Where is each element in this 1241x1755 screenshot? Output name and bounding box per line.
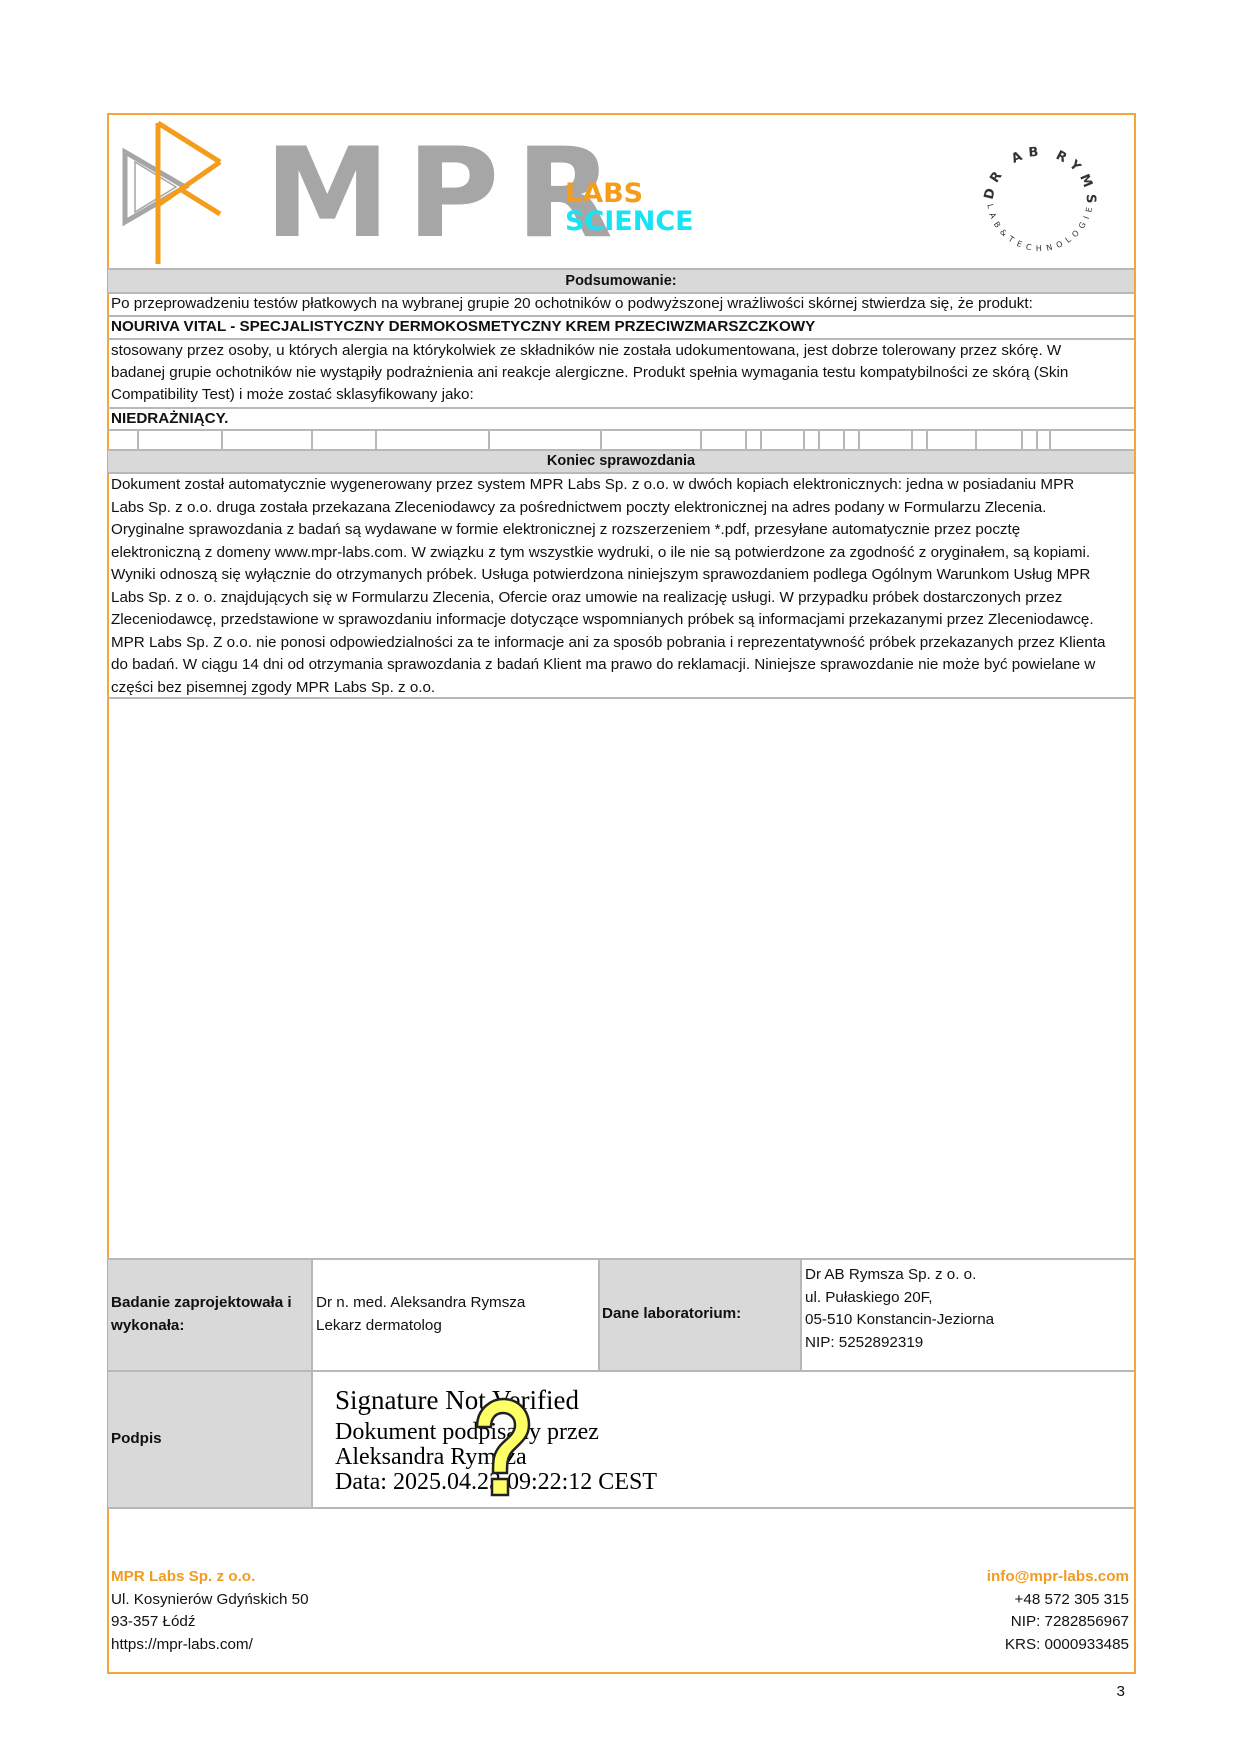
svg-text:LAB&TECHNOLOGIES: LAB&TECHNOLOGIES — [965, 118, 1095, 253]
signature-label: Podpis — [111, 1428, 162, 1451]
summary-header-text: Podsumowanie: — [565, 273, 676, 289]
end-line: Dokument został automatycznie wygenerowa… — [111, 474, 1106, 497]
end-line: Labs Sp. z o.o. druga została przekazana… — [111, 497, 1106, 520]
brand-labs: LABS — [565, 180, 643, 207]
end-line: Oryginalne sprawozdania z badań są wydaw… — [111, 519, 1106, 542]
lab-line: NIP: 5252892319 — [805, 1332, 994, 1355]
lab-line: ul. Pułaskiego 20F, — [805, 1287, 994, 1310]
lab-details: Dr AB Rymsza Sp. z o. o. ul. Pułaskiego … — [805, 1264, 994, 1354]
signature-label-cell: Podpis — [108, 1372, 311, 1507]
lab-line: Dr AB Rymsza Sp. z o. o. — [805, 1264, 994, 1287]
designed-by-label-line-1: Badanie zaprojektowała i — [111, 1292, 292, 1315]
summary-intro: Po przeprowadzeniu testów płatkowych na … — [111, 293, 1033, 316]
designed-by-label-line-2: wykonała: — [111, 1315, 292, 1338]
end-line: Wyniki odnoszą się wyłącznie do otrzyman… — [111, 564, 1106, 587]
footer-right: info@mpr-labs.com +48 572 305 315 NIP: 7… — [987, 1566, 1129, 1656]
designer-info: Dr n. med. Aleksandra Rymsza Lekarz derm… — [316, 1292, 525, 1337]
designer-name: Dr n. med. Aleksandra Rymsza — [316, 1292, 525, 1315]
footer-left: MPR Labs Sp. z o.o. Ul. Kosynierów Gdyńs… — [111, 1566, 309, 1656]
product-name: NOURIVA VITAL - SPECJALISTYCZNY DERMOKOS… — [111, 316, 815, 339]
page-number: 3 — [1117, 1681, 1125, 1704]
footer-address-1: Ul. Kosynierów Gdyńskich 50 — [111, 1589, 309, 1612]
signature-status: Signature Not Verified — [335, 1385, 579, 1415]
footer-company: MPR Labs Sp. z o.o. — [111, 1566, 309, 1589]
question-mark-icon — [465, 1395, 535, 1505]
svg-text:DR AB RYMSZA: DR AB RYMSZA — [965, 118, 1098, 210]
mpr-logo: MPR LABS SCIENCE — [118, 118, 678, 268]
footer-address-2: 93-357 Łódź — [111, 1611, 309, 1634]
summary-body-line-3: Compatibility Test) i może zostać sklasy… — [111, 384, 474, 407]
end-section-body: Dokument został automatycznie wygenerowa… — [111, 474, 1106, 699]
end-line: Zleceniodawcę, przedstawione w sprawozda… — [111, 609, 1106, 632]
end-line: części bez pisemnej zgody MPR Labs Sp. z… — [111, 677, 1106, 700]
end-line: do badań. W ciągu 14 dni od otrzymania s… — [111, 654, 1106, 677]
footer-website[interactable]: https://mpr-labs.com/ — [111, 1634, 309, 1657]
summary-body-line-2: badanej grupie ochotników nie wystąpiły … — [111, 362, 1068, 385]
designer-title: Lekarz dermatolog — [316, 1315, 525, 1338]
designed-by-label: Badanie zaprojektowała i wykonała: — [111, 1292, 292, 1337]
end-line: elektroniczną z domeny www.mpr-labs.com.… — [111, 542, 1106, 565]
brand-science: SCIENCE — [565, 208, 694, 235]
footer-nip: NIP: 7282856967 — [987, 1611, 1129, 1634]
lab-label: Dane laboratorium: — [602, 1303, 741, 1326]
classification-result: NIEDRAŻNIĄCY. — [111, 408, 228, 431]
empty-grid-row — [108, 430, 1134, 449]
lab-line: 05-510 Konstancin-Jeziorna — [805, 1309, 994, 1332]
designed-by-label-cell: Badanie zaprojektowała i wykonała: — [108, 1260, 311, 1370]
summary-body-line-1: stosowany przez osoby, u których alergia… — [111, 340, 1061, 363]
footer-phone: +48 572 305 315 — [987, 1589, 1129, 1612]
footer-krs: KRS: 0000933485 — [987, 1634, 1129, 1657]
dr-ab-rymsza-seal: DR AB RYMSZA LAB&TECHNOLOGIES — [965, 118, 1115, 268]
play-triangles-icon — [118, 118, 258, 268]
seal-icon: DR AB RYMSZA LAB&TECHNOLOGIES — [965, 118, 1115, 268]
digital-signature[interactable]: Signature Not Verified Dokument podpisan… — [335, 1385, 715, 1505]
lab-label-cell: Dane laboratorium: — [600, 1260, 800, 1370]
footer-email[interactable]: info@mpr-labs.com — [987, 1566, 1129, 1589]
end-section-header: Koniec sprawozdania — [108, 451, 1134, 472]
end-line: MPR Labs Sp. Z o.o. nie ponosi odpowiedz… — [111, 632, 1106, 655]
end-section-header-text: Koniec sprawozdania — [547, 453, 695, 469]
summary-header: Podsumowanie: — [108, 270, 1134, 292]
end-line: Labs Sp. z o. o. znajdujących się w Form… — [111, 587, 1106, 610]
